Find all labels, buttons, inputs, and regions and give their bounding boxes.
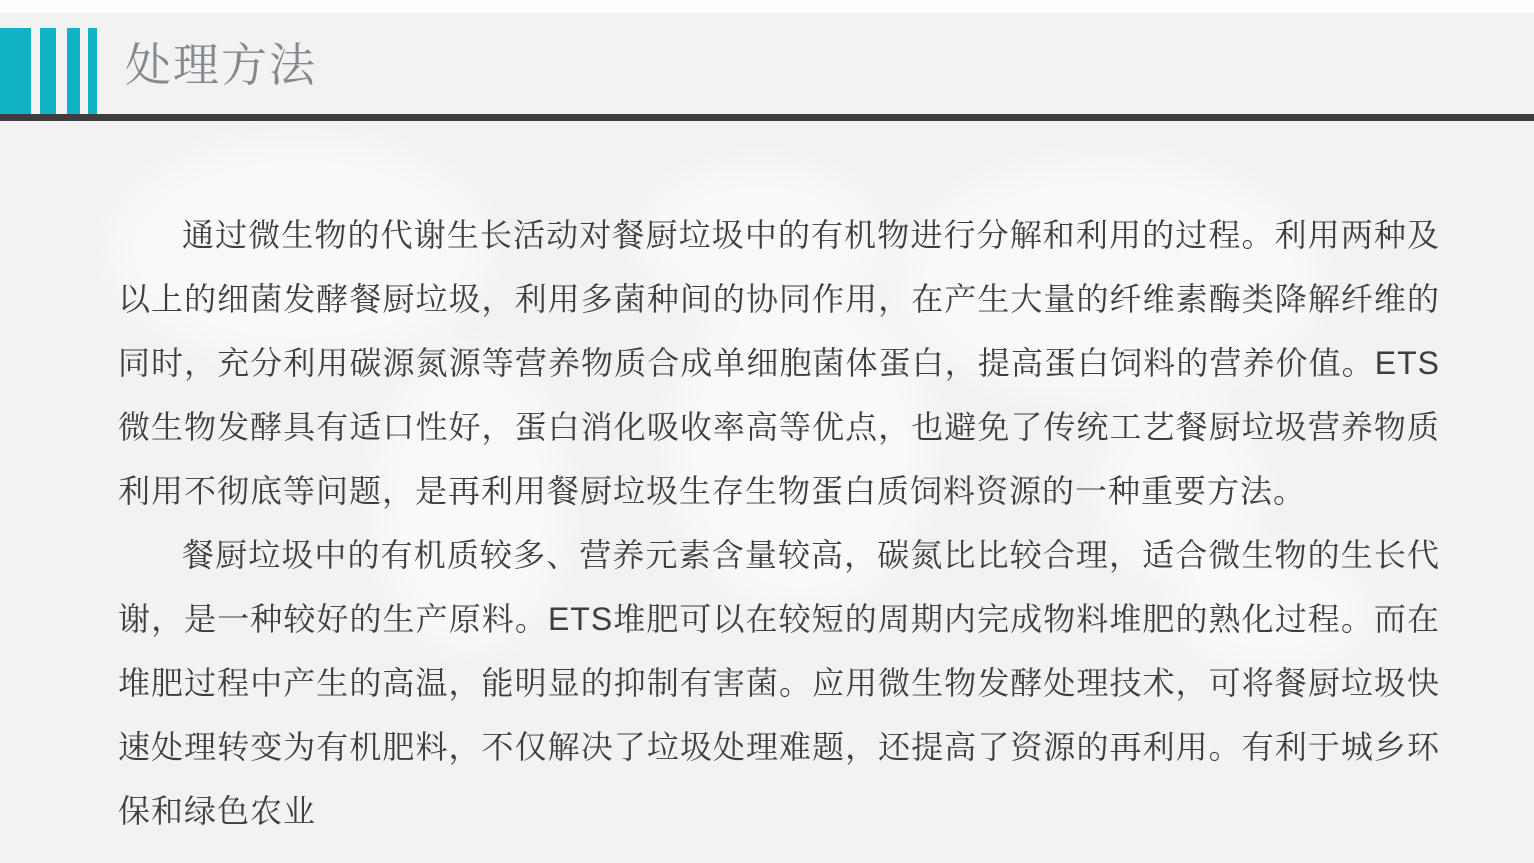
teal-bar-icon (88, 28, 97, 114)
page-title: 处理方法 (125, 36, 317, 94)
slide-body: 通过微生物的代谢生长活动对餐厨垃圾中的有机物进行分解和利用的过程。利用两种及以上… (118, 203, 1440, 843)
slide: 处理方法 通过微生物的代谢生长活动对餐厨垃圾中的有机物进行分解和利用的过程。利用… (0, 0, 1534, 863)
top-strip (0, 0, 1534, 13)
header-divider (0, 114, 1534, 121)
paragraph-1: 通过微生物的代谢生长活动对餐厨垃圾中的有机物进行分解和利用的过程。利用两种及以上… (118, 203, 1440, 523)
teal-bar-icon (0, 28, 31, 114)
teal-bar-icon (40, 28, 56, 114)
paragraph-2: 餐厨垃圾中的有机质较多、营养元素含量较高，碳氮比比较合理，适合微生物的生长代谢，… (118, 523, 1440, 843)
teal-bar-icon (67, 28, 80, 114)
